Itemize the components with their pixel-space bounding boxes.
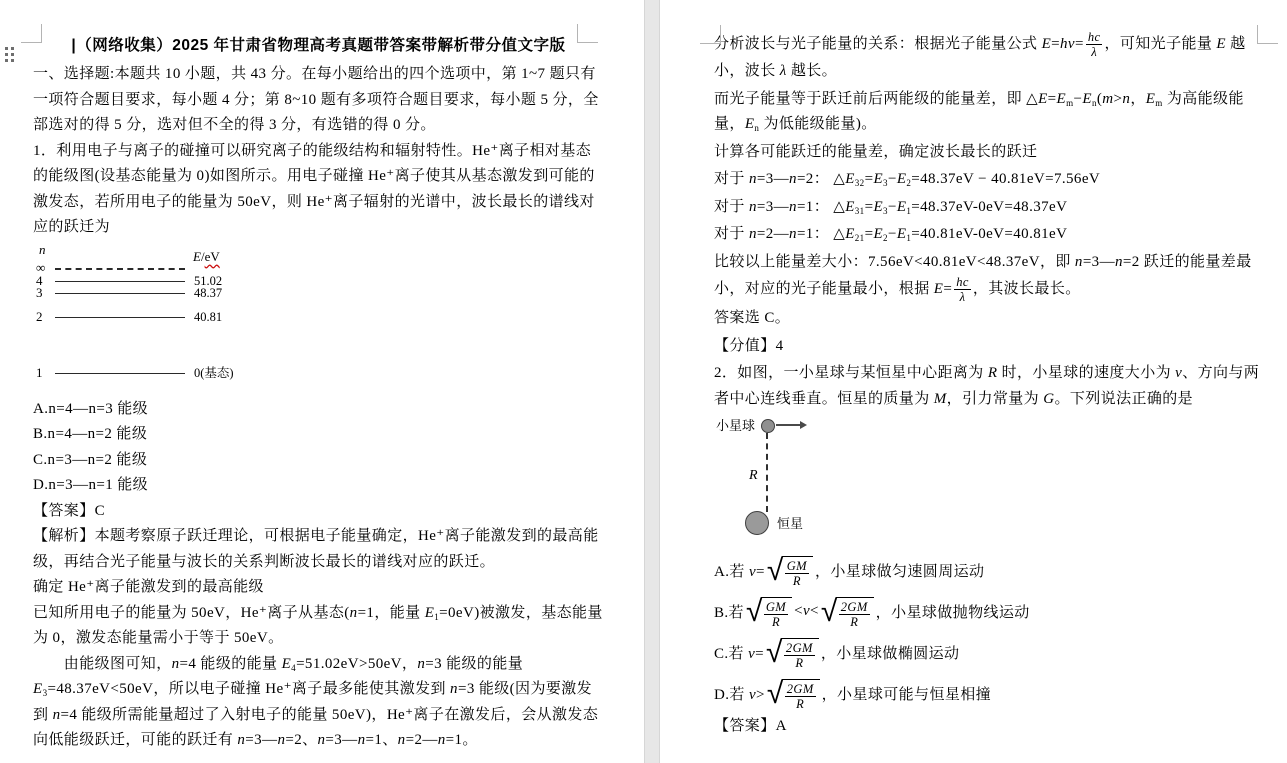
q1-analysis-3: 已知所用电子的能量为 50eV，He⁺离子从基态(n=1，能量 E1=0eV)被… bbox=[33, 601, 604, 652]
q1-analysis-4: 由能级图可知，n=4 能级的能量 E4=51.02eV>50eV，n=3 能级的… bbox=[33, 652, 604, 754]
q1-option-a: A.n=4—n=3 能级 bbox=[33, 397, 604, 423]
question-2-text: 2．如图，一小星球与某恒星中心距离为 R 时，小星球的速度大小为 v、方向与两者… bbox=[714, 361, 1263, 412]
radius-label: R bbox=[749, 468, 758, 483]
page-2: 分析波长与光子能量的关系：根据光子能量公式 E=hν=hcλ，可知光子能量 E … bbox=[660, 0, 1287, 763]
q1-option-d: D.n=3—n=1 能级 bbox=[33, 473, 604, 499]
star-label: 恒星 bbox=[777, 516, 803, 531]
energy-level-diagram: n E/eV ∞ 4 51.02 3 48.37 bbox=[33, 247, 604, 387]
q1-final-answer: 答案选 C。 bbox=[714, 306, 1263, 332]
sqrt-radical: √GMR bbox=[767, 554, 813, 588]
q1-option-b: B.n=4—n=2 能级 bbox=[33, 422, 604, 448]
fraction-hc-over-lambda: hcλ bbox=[954, 275, 971, 304]
energy-level-line bbox=[55, 281, 185, 282]
page-gap bbox=[644, 0, 660, 763]
doc-title: |（网络收集）2025 年甘肃省物理高考真题带答案带解析带分值文字版 bbox=[33, 33, 604, 58]
q1-analysis-wavelength: 分析波长与光子能量的关系：根据光子能量公式 E=hν=hcλ，可知光子能量 E … bbox=[714, 30, 1263, 85]
q2-option-a: A.若 v=√GMR，小星球做匀速圆周运动 bbox=[714, 550, 1263, 591]
q2-option-d: D.若 v>√2GMR，小星球可能与恒星相撞 bbox=[714, 673, 1263, 714]
q1-analysis-calc-header: 计算各可能跃迁的能量差，确定波长最长的跃迁 bbox=[714, 140, 1263, 166]
radius-dashed-line bbox=[766, 433, 768, 512]
section-intro: 一、选择题:本题共 10 小题，共 43 分。在每小题给出的四个选项中，第 1~… bbox=[33, 62, 604, 139]
planet-circle-icon bbox=[761, 419, 775, 433]
drag-handle-icon[interactable] bbox=[5, 47, 14, 62]
axis-label-n: n bbox=[39, 243, 46, 257]
q1-analysis-2: 确定 He⁺离子能激发到的最高能级 bbox=[33, 575, 604, 601]
energy-level-line bbox=[55, 373, 185, 374]
energy-level-line bbox=[55, 317, 185, 318]
question-1-text: 1．利用电子与离子的碰撞可以研究离子的能级结构和辐射特性。He⁺离子相对基态的能… bbox=[33, 139, 604, 241]
energy-level-line bbox=[55, 293, 185, 294]
q1-answer: 【答案】C bbox=[33, 499, 604, 525]
velocity-arrow-icon bbox=[776, 424, 801, 426]
q2-option-c: C.若 v=√2GMR，小星球做椭圆运动 bbox=[714, 632, 1263, 673]
q1-option-c: C.n=3—n=2 能级 bbox=[33, 448, 604, 474]
q1-transition-2-1: 对于 n=2—n=1： △E21=E2−E1=40.81eV-0eV=40.81… bbox=[714, 222, 1263, 248]
document-canvas: |（网络收集）2025 年甘肃省物理高考真题带答案带解析带分值文字版 一、选择题… bbox=[0, 0, 1287, 763]
q2-option-b: B.若√GMR<v<√2GMR，小星球做抛物线运动 bbox=[714, 591, 1263, 632]
q1-transition-3-2: 对于 n=3—n=2： △E32=E3−E2=48.37eV − 40.81eV… bbox=[714, 167, 1263, 193]
planet-label: 小星球 bbox=[716, 418, 755, 433]
energy-level-row: 3 48.37 bbox=[33, 286, 604, 300]
page-1: |（网络收集）2025 年甘肃省物理高考真题带答案带解析带分值文字版 一、选择题… bbox=[0, 0, 644, 763]
sqrt-radical: √2GMR bbox=[767, 677, 820, 711]
q1-compare: 比较以上能量差大小：7.56eV<40.81eV<48.37eV，即 n=3—n… bbox=[714, 250, 1263, 305]
star-orbit-diagram: 小星球 R 恒星 bbox=[714, 417, 1263, 544]
sqrt-radical: √GMR bbox=[746, 595, 792, 629]
q1-score: 【分值】4 bbox=[714, 334, 1263, 360]
fraction-hc-over-lambda: hcλ bbox=[1086, 30, 1103, 59]
energy-level-row: 2 40.81 bbox=[33, 310, 604, 324]
sqrt-radical: √2GMR bbox=[766, 636, 819, 670]
sqrt-radical: √2GMR bbox=[821, 595, 874, 629]
energy-level-line-dashed bbox=[55, 268, 185, 270]
q1-analysis-1: 【解析】本题考察原子跃迁理论，可根据电子能量确定，He⁺离子能激发到的最高能级，… bbox=[33, 524, 604, 575]
energy-level-row: ∞ bbox=[33, 261, 604, 275]
q1-transition-3-1: 对于 n=3—n=1： △E31=E3−E1=48.37eV-0eV=48.37… bbox=[714, 195, 1263, 221]
q1-analysis-energy-diff: 而光子能量等于跃迁前后两能级的能量差，即 △E=Em−En(m>n，Em 为高能… bbox=[714, 87, 1263, 138]
star-circle-icon bbox=[745, 511, 769, 535]
q2-answer: 【答案】A bbox=[714, 714, 1263, 740]
energy-level-row: 1 0(基态) bbox=[33, 366, 604, 380]
